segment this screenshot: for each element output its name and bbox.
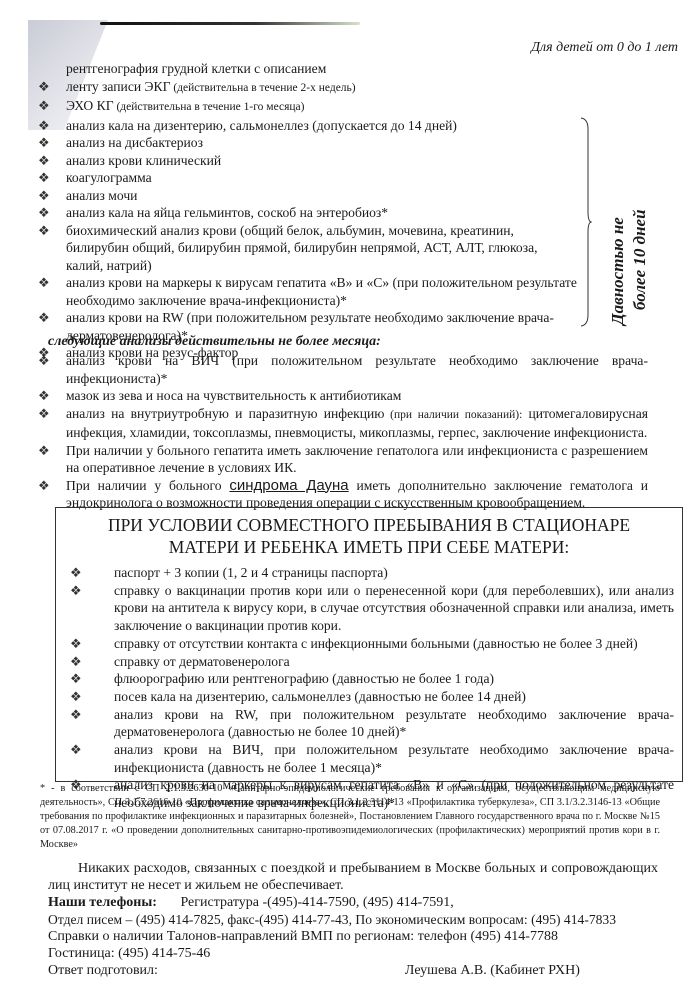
list-item-text: ЭХО КГ (действительна в течение 1-го мес…	[66, 97, 578, 117]
item-note: (действительна в течение 1-го месяца)	[114, 101, 305, 113]
list-item-text: коагулограмма	[66, 169, 578, 187]
list-item-text: рентгенография грудной клетки с описание…	[66, 60, 578, 78]
side-note-line2: более 10 дней	[630, 209, 650, 310]
item-note: (действительна в течение 2-х недель)	[170, 82, 355, 94]
bullet-icon: ❖	[38, 78, 66, 98]
bullet-icon: ❖	[70, 741, 114, 776]
list-item: ❖ленту записи ЭКГ (действительна в течен…	[38, 78, 578, 98]
list-item-text: анализ кала на дизентерию, сальмонеллез …	[66, 117, 578, 135]
bullet-icon: ❖	[70, 670, 114, 688]
bullet-icon: ❖	[38, 405, 66, 442]
list-item: ❖анализ на внутриутробную и паразитную и…	[38, 405, 648, 442]
list-item: ❖биохимический анализ крови (общий белок…	[38, 222, 578, 275]
prepared-by: Леушева А.В. (Кабинет РХН)	[405, 962, 580, 979]
bullet-icon: ❖	[70, 653, 114, 671]
list-item-text: анализ на дисбактериоз	[66, 134, 578, 152]
mother-requirements-box: ПРИ УСЛОВИИ СОВМЕСТНОГО ПРЕБЫВАНИЯ В СТА…	[55, 507, 683, 782]
bullet-icon: ❖	[38, 222, 66, 275]
bullet-icon: ❖	[70, 706, 114, 741]
list-item: ❖ЭХО КГ (действительна в течение 1-го ме…	[38, 97, 578, 117]
list-item-text: ленту записи ЭКГ (действительна в течени…	[66, 78, 578, 98]
list-item: ❖анализ крови на ВИЧ, при положительном …	[70, 741, 674, 776]
list-item: ❖анализ кала на яйца гельминтов, соскоб …	[38, 204, 578, 222]
list-item-text: анализ крови на ВИЧ (при положительном р…	[66, 352, 648, 387]
list-item-text: справку о вакцинации против кори или о п…	[114, 582, 674, 635]
list-item-text: анализ мочи	[66, 187, 578, 205]
list-item: ❖При наличии у больного гепатита иметь з…	[38, 442, 648, 477]
prepared-label: Ответ подготовил:	[48, 962, 158, 979]
list-item-text: анализ крови клинический	[66, 152, 578, 170]
registry-phones: Регистратура -(495)-414-7590, (495) 414-…	[180, 895, 453, 910]
footnote: * - в соответствии с СП 2.1.3.2630-10 «С…	[40, 782, 660, 852]
expenses-note: Никаких расходов, связанных с поездкой и…	[48, 860, 658, 894]
list-item-text: флюорографию или рентгенографию (давност…	[114, 670, 674, 688]
list-item: ❖справку о вакцинации против кори или о …	[70, 582, 674, 635]
list-item-text: анализ кала на яйца гельминтов, соскоб н…	[66, 204, 578, 222]
bullet-icon: ❖	[38, 187, 66, 205]
bullet-icon: ❖	[38, 204, 66, 222]
bullet-icon	[38, 60, 66, 78]
bullet-icon: ❖	[38, 169, 66, 187]
letters-phones: Отдел писем – (495) 414-7825, факс-(495)…	[48, 911, 658, 928]
signature-row: Ответ подготовил: Леушева А.В. (Кабинет …	[48, 962, 658, 979]
list-item: ❖справку от отсутствии контакта с инфекц…	[70, 635, 674, 653]
side-validity-note: Давностью не более 10 дней	[600, 120, 660, 330]
bullet-icon: ❖	[70, 688, 114, 706]
list-item-text: анализ крови на RW, при положительном ре…	[114, 706, 674, 741]
bullet-icon: ❖	[38, 97, 66, 117]
bullet-icon: ❖	[38, 134, 66, 152]
talons-phone: Справки о наличии Талонов-направлений ВМ…	[48, 928, 658, 945]
item-note: (при наличии показаний):	[384, 409, 522, 421]
bullet-icon: ❖	[38, 352, 66, 387]
list-item-text: паспорт + 3 копии (1, 2 и 4 страницы пас…	[114, 564, 674, 582]
bullet-icon: ❖	[70, 582, 114, 635]
down-syndrome-emphasis: синдрома Дауна	[229, 477, 348, 494]
bullet-icon: ❖	[38, 117, 66, 135]
subhead-month-validity: следующие анализы действительны не более…	[48, 334, 381, 350]
bullet-icon: ❖	[38, 152, 66, 170]
list-item: ❖анализ крови на маркеры к вирусам гепат…	[38, 274, 578, 309]
list-item: ❖анализ крови на RW, при положительном р…	[70, 706, 674, 741]
bullet-icon: ❖	[70, 564, 114, 582]
list-item: рентгенография грудной клетки с описание…	[38, 60, 578, 78]
list-item-text: мазок из зева и носа на чувствительность…	[66, 387, 648, 405]
list-item: ❖анализ крови на ВИЧ (при положительном …	[38, 352, 648, 387]
list-item: ❖анализ на дисбактериоз	[38, 134, 578, 152]
mother-requirements-list: ❖паспорт + 3 копии (1, 2 и 4 страницы па…	[70, 564, 674, 812]
curly-brace-icon	[580, 117, 592, 327]
list-item-text: анализ на внутриутробную и паразитную ин…	[66, 405, 648, 442]
list-item: ❖анализ мочи	[38, 187, 578, 205]
bullet-icon: ❖	[70, 635, 114, 653]
list-item: ❖посев кала на дизентерию, сальмонеллез …	[70, 688, 674, 706]
list-item: ❖анализ крови клинический	[38, 152, 578, 170]
phones-row: Наши телефоны: Регистратура -(495)-414-7…	[48, 894, 658, 911]
box-title: ПРИ УСЛОВИИ СОВМЕСТНОГО ПРЕБЫВАНИЯ В СТА…	[56, 514, 682, 558]
list-item: ❖мазок из зева и носа на чувствительност…	[38, 387, 648, 405]
list-item: ❖флюорографию или рентгенографию (давнос…	[70, 670, 674, 688]
list-item: ❖справку от дерматовенеролога	[70, 653, 674, 671]
list-item: ❖коагулограмма	[38, 169, 578, 187]
phones-label: Наши телефоны:	[48, 895, 157, 910]
list-item-text: посев кала на дизентерию, сальмонеллез (…	[114, 688, 674, 706]
bullet-icon: ❖	[38, 387, 66, 405]
page-curl-shadow	[100, 22, 360, 25]
list-item-text: анализ крови на маркеры к вирусам гепати…	[66, 274, 578, 309]
bullet-icon: ❖	[38, 442, 66, 477]
list-item-text: справку от дерматовенеролога	[114, 653, 674, 671]
bullet-icon: ❖	[38, 274, 66, 309]
side-note-line1: Давностью не	[608, 217, 628, 325]
list-item-text: При наличии у больного гепатита иметь за…	[66, 442, 648, 477]
list-item: ❖анализ кала на дизентерию, сальмонеллез…	[38, 117, 578, 135]
footer: Никаких расходов, связанных с поездкой и…	[48, 860, 658, 979]
analyses-list-month: ❖анализ крови на ВИЧ (при положительном …	[38, 352, 648, 512]
list-item-text: справку от отсутствии контакта с инфекци…	[114, 635, 674, 653]
hotel-phone: Гостиница: (495) 414-75-46	[48, 945, 658, 962]
analyses-list-10-days: рентгенография грудной клетки с описание…	[38, 60, 578, 362]
list-item: ❖паспорт + 3 копии (1, 2 и 4 страницы па…	[70, 564, 674, 582]
list-item-text: анализ крови на ВИЧ, при положительном р…	[114, 741, 674, 776]
age-note: Для детей от 0 до 1 лет	[531, 40, 678, 56]
list-item-text: биохимический анализ крови (общий белок,…	[66, 222, 578, 275]
